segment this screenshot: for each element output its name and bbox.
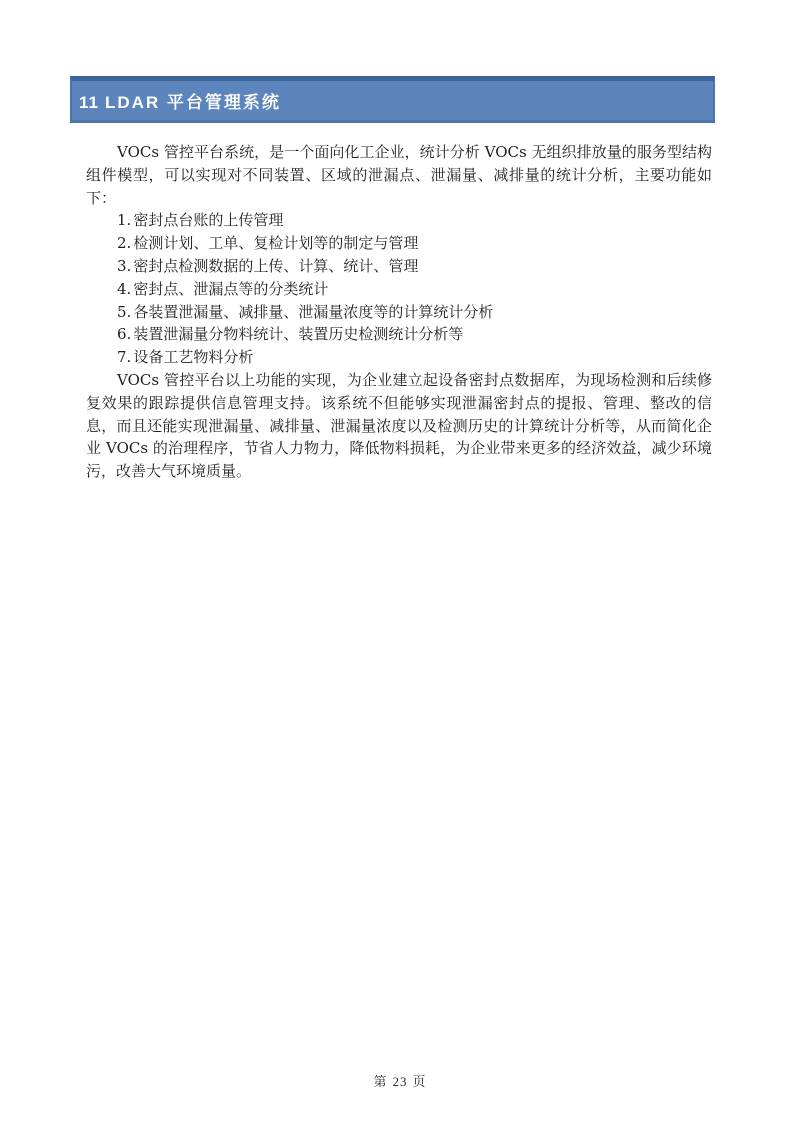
list-item-number: 1. (117, 211, 131, 229)
list-item-text: 密封点、泄漏点等的分类统计 (133, 280, 328, 298)
list-item: 7.设备工艺物料分析 (86, 346, 712, 369)
section-number: 11 (79, 93, 99, 112)
list-item-number: 3. (117, 257, 131, 275)
list-item-text: 密封点检测数据的上传、计算、统计、管理 (133, 257, 418, 275)
section-heading-bar: 11LDAR 平台管理系统 (70, 76, 715, 123)
intro-paragraph: VOCs 管控平台系统，是一个面向化工企业，统计分析 VOCs 无组织排放量的服… (86, 141, 712, 209)
page-number: 23 (393, 1074, 408, 1089)
list-item: 4.密封点、泄漏点等的分类统计 (86, 278, 712, 301)
section-title: LDAR 平台管理系统 (105, 93, 281, 112)
list-item: 5.各装置泄漏量、减排量、泄漏量浓度等的计算统计分析 (86, 301, 712, 324)
list-item-number: 7. (117, 348, 131, 366)
page-footer: 第23页 (0, 1071, 800, 1090)
list-item-number: 2. (117, 234, 131, 252)
list-item-text: 密封点台账的上传管理 (133, 211, 283, 229)
list-item-number: 6. (117, 325, 131, 343)
list-item: 1.密封点台账的上传管理 (86, 209, 712, 232)
document-page: 11LDAR 平台管理系统 VOCs 管控平台系统，是一个面向化工企业，统计分析… (0, 0, 800, 1130)
list-item-text: 各装置泄漏量、减排量、泄漏量浓度等的计算统计分析 (133, 303, 493, 321)
footer-prefix: 第 (373, 1075, 387, 1090)
list-item: 3.密封点检测数据的上传、计算、统计、管理 (86, 255, 712, 278)
list-item-number: 4. (117, 280, 131, 298)
list-item-text: 设备工艺物料分析 (133, 348, 253, 366)
list-item-number: 5. (117, 303, 131, 321)
section-heading: 11LDAR 平台管理系统 (79, 88, 281, 113)
feature-list: 1.密封点台账的上传管理 2.检测计划、工单、复检计划等的制定与管理 3.密封点… (86, 209, 712, 369)
list-item-text: 检测计划、工单、复检计划等的制定与管理 (133, 234, 418, 252)
footer-suffix: 页 (413, 1075, 427, 1090)
closing-paragraph: VOCs 管控平台以上功能的实现，为企业建立起设备密封点数据库，为现场检测和后续… (86, 369, 712, 483)
body-content: VOCs 管控平台系统，是一个面向化工企业，统计分析 VOCs 无组织排放量的服… (86, 141, 712, 483)
list-item: 6.装置泄漏量分物料统计、装置历史检测统计分析等 (86, 323, 712, 346)
list-item: 2.检测计划、工单、复检计划等的制定与管理 (86, 232, 712, 255)
list-item-text: 装置泄漏量分物料统计、装置历史检测统计分析等 (133, 325, 463, 343)
